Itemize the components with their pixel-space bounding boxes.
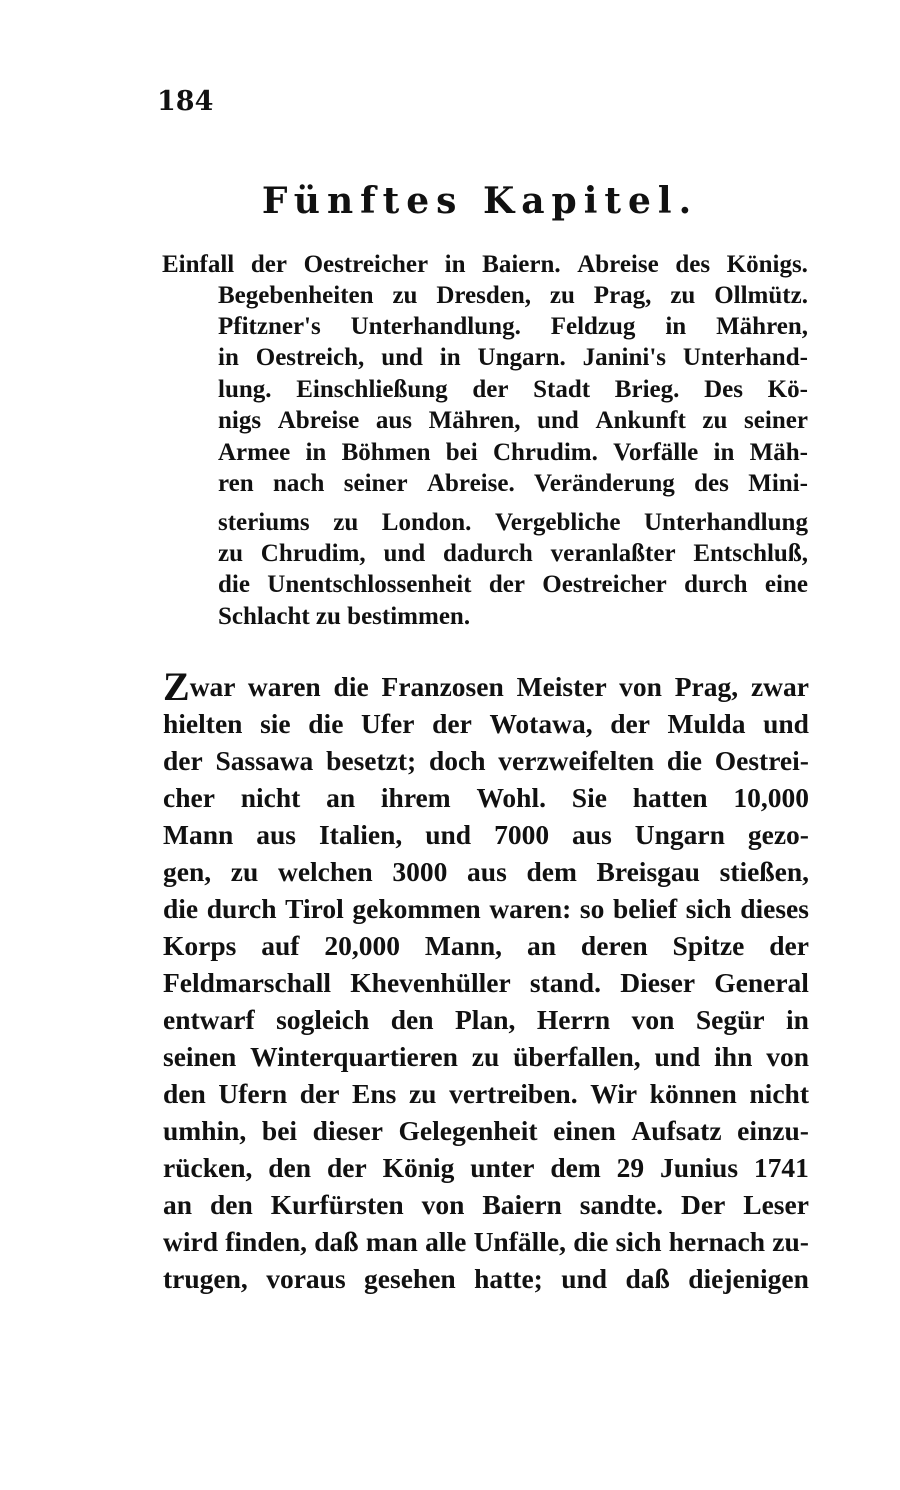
word: 1741	[754, 1149, 809, 1187]
word: Wotawa,	[489, 705, 592, 743]
word: seiner	[744, 404, 808, 438]
word: 3000	[392, 853, 447, 891]
word: Winterquartieren	[250, 1038, 458, 1076]
word: in	[440, 341, 461, 375]
word: zu-	[772, 1223, 809, 1261]
word: der	[472, 373, 508, 407]
body-line: rücken,denderKönigunterdem29Junius1741	[163, 1149, 809, 1187]
word: Unterhandlung.	[351, 310, 521, 344]
word: zu	[392, 279, 417, 313]
word: der	[327, 1149, 367, 1187]
word: Baiern	[482, 1186, 561, 1224]
word: und	[425, 816, 471, 854]
word: 7000	[494, 816, 549, 854]
word: Mähren,	[429, 404, 521, 438]
word: Sie	[572, 779, 607, 817]
body-line: gen,zuwelchen3000ausdemBreisgaustießen,	[163, 853, 809, 891]
word: cher	[163, 779, 215, 817]
word: die	[163, 890, 198, 928]
word: Mini-	[748, 467, 808, 501]
word: voraus	[266, 1260, 345, 1298]
word: der	[251, 248, 287, 282]
word: Einfall	[162, 248, 234, 282]
summary-line: dieUnentschlossenheitderOestreicherdurch…	[218, 568, 808, 602]
word: durch	[207, 890, 277, 928]
word: Einschließung	[296, 373, 447, 407]
word: Böhmen	[342, 436, 431, 470]
book-page: 184 Fünftes Kapitel. EinfallderOestreich…	[0, 0, 900, 1490]
word: in	[714, 436, 735, 470]
word: Baiern.	[482, 248, 560, 282]
word: Abreise	[278, 404, 359, 438]
word: der	[432, 705, 472, 743]
word: zu	[670, 279, 695, 313]
summary-line: Pfitzner'sUnterhandlung.FeldzuginMähren,	[218, 310, 808, 344]
word: Chrudim,	[261, 537, 366, 571]
word: Spitze	[673, 927, 745, 965]
word: zu	[702, 404, 727, 438]
word: diejenigen	[688, 1260, 809, 1298]
word: Entschluß,	[693, 537, 808, 571]
word: sandte.	[580, 1186, 663, 1224]
word: Dieser	[620, 964, 695, 1002]
word: wird	[163, 1223, 218, 1261]
word: des	[675, 248, 710, 282]
word: Segür	[696, 1001, 765, 1039]
word: Abreise.	[427, 467, 515, 501]
word: den	[210, 1186, 253, 1224]
word: Des	[704, 373, 743, 407]
word: sogleich	[276, 1001, 369, 1039]
word: Ens	[352, 1075, 396, 1113]
word: hatte;	[474, 1260, 543, 1298]
word: können	[650, 1075, 737, 1113]
word: Feldmarschall	[163, 964, 331, 1002]
word: Begebenheiten	[218, 279, 374, 313]
body-line: Korpsauf20,000Mann,anderenSpitzeder	[163, 927, 809, 965]
word: finden,	[225, 1223, 307, 1261]
word: Janini's	[583, 341, 666, 375]
body-line: MannausItalien,und7000ausUngarngezo-	[163, 816, 809, 854]
word: nicht	[241, 779, 301, 817]
summary-line: zuChrudim,unddadurchveranlaßterEntschluß…	[218, 537, 808, 571]
word: hielten	[163, 705, 242, 743]
word: Abreise	[577, 248, 658, 282]
word: dadurch	[443, 537, 533, 571]
word: des	[694, 467, 729, 501]
word: entwarf	[163, 1001, 255, 1039]
body-line: denUfernderEnszuvertreiben.Wirkönnennich…	[163, 1075, 809, 1113]
word: aus	[572, 816, 612, 854]
word: Unterhand-	[683, 341, 808, 375]
word: trugen,	[163, 1260, 248, 1298]
word: den	[268, 1149, 311, 1187]
word: sich	[686, 890, 732, 928]
word: von	[422, 1186, 465, 1224]
word: nicht	[749, 1075, 809, 1113]
word: Aufsatz	[631, 1112, 721, 1150]
word: stand.	[530, 964, 601, 1002]
body-line: seinenWinterquartierenzuüberfallen,undih…	[163, 1038, 809, 1076]
word: aus	[256, 816, 296, 854]
word: 29	[617, 1149, 645, 1187]
word: Vorfälle	[613, 436, 698, 470]
word: König	[383, 1149, 455, 1187]
summary-line: steriumszuLondon.VergeblicheUnterhandlun…	[218, 506, 808, 540]
word: dem	[526, 853, 576, 891]
word: die	[218, 568, 250, 602]
drop-cap: Z	[163, 668, 190, 706]
word: und	[381, 341, 423, 375]
body-line: diedurchTirolgekommenwaren:sobeliefsichd…	[163, 890, 809, 928]
summary-line: EinfallderOestreicherinBaiern.Abreisedes…	[162, 248, 808, 282]
body-line: umhin,beidieserGelegenheiteinenAufsatzei…	[163, 1112, 809, 1150]
word: einen	[553, 1112, 616, 1150]
word: so	[580, 890, 604, 928]
word: von	[766, 1038, 809, 1076]
word: bei	[262, 1112, 297, 1150]
word: stießen,	[720, 853, 809, 891]
word: an	[326, 779, 355, 817]
word: Brieg.	[615, 373, 680, 407]
word: Kurfürsten	[271, 1186, 404, 1224]
word: die	[573, 1223, 608, 1261]
word: steriums	[218, 506, 310, 540]
word: besetzt;	[326, 742, 416, 780]
word: an	[527, 927, 556, 965]
body-line: war waren die Franzosen Meister von Prag…	[190, 668, 809, 706]
word: belief	[613, 890, 677, 928]
word: der	[489, 568, 525, 602]
word: hatten	[633, 779, 708, 817]
word: der	[610, 705, 650, 743]
summary-line: inOestreich,undinUngarn.Janini'sUnterhan…	[218, 341, 808, 375]
word: Oestreicher	[304, 248, 428, 282]
word: Mann,	[425, 927, 502, 965]
word: Königs.	[727, 248, 808, 282]
word: 10,000	[733, 779, 809, 817]
word: Prag,	[594, 279, 652, 313]
word: Khevenhüller	[350, 964, 510, 1002]
word: zu	[231, 853, 259, 891]
word: seiner	[344, 467, 408, 501]
word: und	[383, 537, 425, 571]
word: Ufern	[218, 1075, 287, 1113]
word: Breisgau	[597, 853, 700, 891]
body-line: entwarfsogleichdenPlan,HerrnvonSegürin	[163, 1001, 809, 1039]
word: und	[537, 404, 579, 438]
word: Tirol	[285, 890, 344, 928]
body-line: FeldmarschallKhevenhüllerstand.DieserGen…	[163, 964, 809, 1002]
body-line: hieltensiedieUferderWotawa,derMuldaund	[163, 705, 809, 743]
body-line-first: Zwar waren die Franzosen Meister von Pra…	[163, 668, 809, 706]
word: den	[163, 1075, 206, 1113]
word: daß	[626, 1260, 670, 1298]
word: Unterhandlung	[644, 506, 808, 540]
word: und	[561, 1260, 607, 1298]
word: Junius	[660, 1149, 738, 1187]
word: der	[769, 927, 809, 965]
word: zu	[472, 1038, 500, 1076]
word: aus	[376, 404, 412, 438]
word: Stadt	[533, 373, 590, 407]
word: Unfälle,	[474, 1223, 566, 1261]
word: nigs	[218, 404, 261, 438]
body-line: andenKurfürstenvonBaiernsandte.DerLeser	[163, 1186, 809, 1224]
summary-line: BegebenheitenzuDresden,zuPrag,zuOllmütz.	[218, 279, 808, 313]
word: Armee	[218, 436, 290, 470]
word: Vergebliche	[495, 506, 620, 540]
word: der	[163, 742, 203, 780]
word: Der	[681, 1186, 725, 1224]
word: 20,000	[324, 927, 400, 965]
word: in	[665, 310, 686, 344]
word: Mäh-	[750, 436, 808, 470]
word: seinen	[163, 1038, 236, 1076]
summary-line: nigsAbreiseausMähren,undAnkunftzuseiner	[218, 404, 808, 438]
word: Herrn	[537, 1001, 610, 1039]
word: Sassawa	[216, 742, 314, 780]
word: zu	[218, 537, 243, 571]
word: eine	[765, 568, 808, 602]
word: alle	[425, 1223, 466, 1261]
word: Chrudim.	[493, 436, 598, 470]
word: Gelegenheit	[399, 1112, 538, 1150]
word: in	[218, 341, 239, 375]
word: nach	[273, 467, 324, 501]
word: aus	[467, 853, 507, 891]
word: die	[308, 705, 343, 743]
word: Pfitzner's	[218, 310, 321, 344]
word: Kö-	[768, 373, 808, 407]
word: Dresden,	[436, 279, 531, 313]
word: Mulda	[668, 705, 746, 743]
word: ihn	[714, 1038, 752, 1076]
word: und	[654, 1038, 700, 1076]
summary-line: Schlacht zu bestimmen.	[218, 600, 808, 634]
word: Italien,	[319, 816, 402, 854]
word: Plan,	[455, 1001, 515, 1039]
word: dem	[550, 1149, 600, 1187]
word: Wir	[590, 1075, 637, 1113]
body-line: trugen,vorausgesehenhatte;unddaßdiejenig…	[163, 1260, 809, 1298]
word: Unentschlossenheit	[267, 568, 471, 602]
word: vertreiben.	[449, 1075, 578, 1113]
word: zu	[409, 1075, 437, 1113]
word: London.	[382, 506, 472, 540]
summary-line: ArmeeinBöhmenbeiChrudim.VorfälleinMäh-	[218, 436, 808, 470]
summary-line: rennachseinerAbreise.VeränderungdesMini-	[218, 467, 808, 501]
word: General	[714, 964, 809, 1002]
word: Oestreicher	[542, 568, 666, 602]
word: an	[163, 1186, 192, 1224]
word: der	[300, 1075, 340, 1113]
word: umhin,	[163, 1112, 246, 1150]
word: sich	[616, 1223, 662, 1261]
word: in	[786, 1001, 809, 1039]
body-line: chernichtanihremWohl.Siehatten10,000	[163, 779, 809, 817]
body-line: derSassawabesetzt;dochverzweifeltendieOe…	[163, 742, 809, 780]
word: veranlaßter	[551, 537, 676, 571]
word: gen,	[163, 853, 211, 891]
word: Ungarn.	[478, 341, 566, 375]
word: in	[445, 248, 466, 282]
word: bei	[446, 436, 478, 470]
word: Korps	[163, 927, 236, 965]
word: gesehen	[364, 1260, 456, 1298]
body-line: wirdfinden,daßmanalleUnfälle,diesichhern…	[163, 1223, 809, 1261]
word: auf	[261, 927, 299, 965]
word: hernach	[669, 1223, 765, 1261]
word: Ollmütz.	[714, 279, 808, 313]
chapter-title: Fünftes Kapitel.	[0, 180, 900, 222]
word: und	[763, 705, 809, 743]
word: ren	[218, 467, 254, 501]
word: ihrem	[381, 779, 451, 817]
word: rücken,	[163, 1149, 252, 1187]
word: Wohl.	[476, 779, 546, 817]
word: Leser	[743, 1186, 809, 1224]
word: die	[667, 742, 702, 780]
word: daß	[314, 1223, 358, 1261]
word: Mann	[163, 816, 233, 854]
word: Oestreich,	[256, 341, 365, 375]
word: Ufer	[361, 705, 414, 743]
word: lung.	[218, 373, 272, 407]
word: Ankunft	[595, 404, 685, 438]
word: welchen	[278, 853, 373, 891]
word: sie	[260, 705, 291, 743]
word: von	[632, 1001, 675, 1039]
word: durch	[684, 568, 747, 602]
word: überfallen,	[513, 1038, 641, 1076]
word: Feldzug	[551, 310, 636, 344]
word: in	[305, 436, 326, 470]
word: den	[391, 1001, 434, 1039]
word: Veränderung	[534, 467, 675, 501]
word: zu	[333, 506, 358, 540]
word: gezo-	[748, 816, 809, 854]
word: verzweifelten	[498, 742, 654, 780]
word: waren:	[489, 890, 571, 928]
page-number: 184	[157, 86, 213, 117]
word: doch	[429, 742, 486, 780]
word: unter	[470, 1149, 534, 1187]
word: einzu-	[737, 1112, 809, 1150]
word: Oestrei-	[715, 742, 809, 780]
word: dieses	[740, 890, 809, 928]
word: Ungarn	[635, 816, 725, 854]
word: zu	[550, 279, 575, 313]
word: dieser	[313, 1112, 383, 1150]
word: deren	[581, 927, 648, 965]
word: man	[366, 1223, 418, 1261]
word: gekommen	[352, 890, 480, 928]
word: Mähren,	[716, 310, 808, 344]
summary-line: lung.EinschließungderStadtBrieg.DesKö-	[218, 373, 808, 407]
